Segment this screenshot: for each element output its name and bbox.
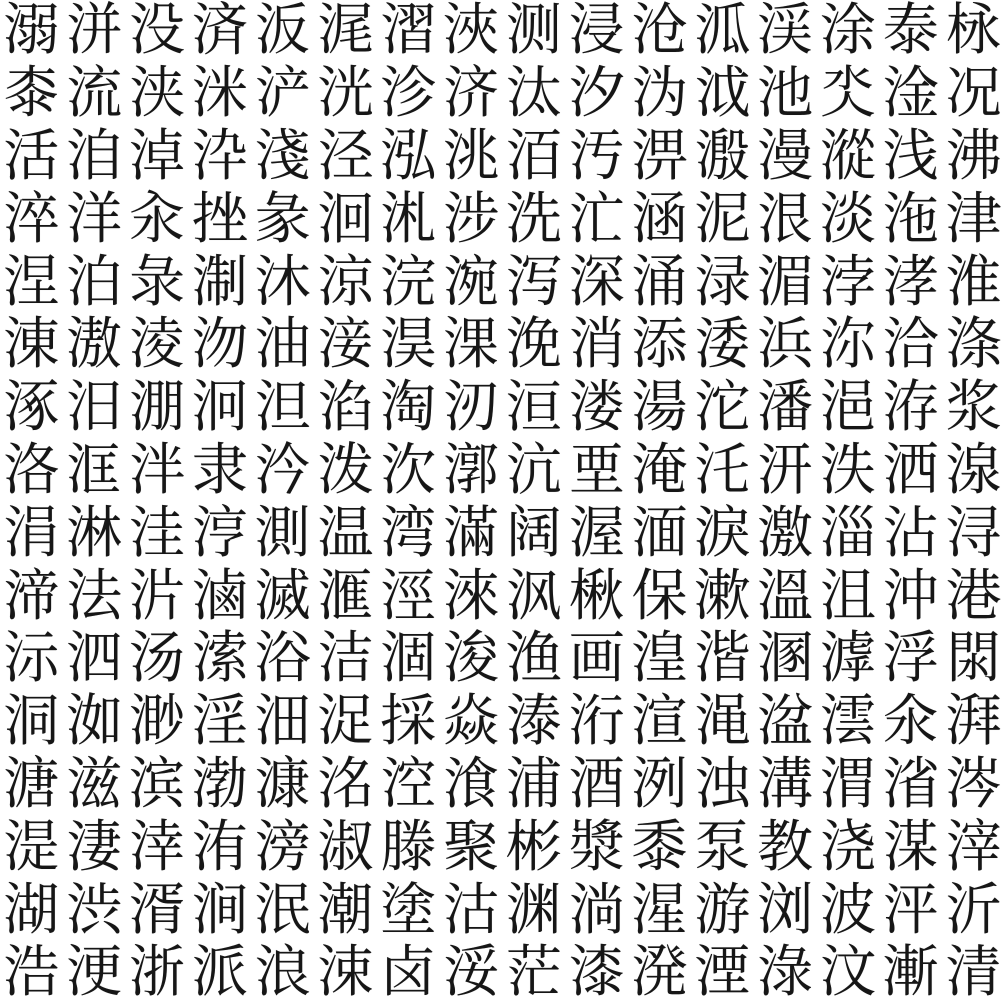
cjk-character-cell: 沆 — [503, 440, 566, 503]
cjk-character-cell: 漿 — [565, 816, 628, 879]
cjk-character-cell: 漫 — [754, 126, 817, 189]
cjk-character-cell: 淖 — [126, 126, 189, 189]
cjk-character-cell: 洭 — [63, 440, 126, 503]
cjk-character-cell: 津 — [942, 188, 1005, 251]
cjk-character-cell: 淌 — [565, 879, 628, 942]
cjk-character-cell: 洁 — [314, 628, 377, 691]
cjk-character-cell: 漆 — [565, 942, 628, 1005]
cjk-character-cell: 浆 — [942, 377, 1005, 440]
cjk-character-cell: 浊 — [691, 754, 754, 817]
cjk-character-cell: 汑 — [691, 440, 754, 503]
cjk-character-cell: 涤 — [942, 314, 1005, 377]
cjk-character-cell: 滅 — [251, 565, 314, 628]
cjk-character-cell: 浹 — [440, 0, 503, 63]
cjk-character-cell: 激 — [754, 502, 817, 565]
cjk-character-cell: 沩 — [628, 63, 691, 126]
cjk-character-cell: 淡 — [817, 188, 880, 251]
cjk-character-cell: 汆 — [126, 188, 189, 251]
cjk-character-cell: 淦 — [879, 63, 942, 126]
cjk-character-cell: 涂 — [817, 0, 880, 63]
cjk-character-cell: 沧 — [628, 0, 691, 63]
cjk-character-cell: 浦 — [503, 754, 566, 817]
cjk-character-cell: 洸 — [314, 63, 377, 126]
cjk-character-cell: 淛 — [188, 251, 251, 314]
cjk-character-cell: 泥 — [691, 188, 754, 251]
cjk-character-cell: 泾 — [314, 126, 377, 189]
cjk-character-cell: 浜 — [754, 314, 817, 377]
cjk-character-cell: 滂 — [251, 816, 314, 879]
cjk-character-cell: 溏 — [0, 754, 63, 817]
cjk-character-cell: 洴 — [63, 0, 126, 63]
cjk-character-cell: 桼 — [0, 63, 63, 126]
cjk-character-cell: 淏 — [377, 314, 440, 377]
cjk-character-cell: 淄 — [817, 502, 880, 565]
cjk-character-cell: 浴 — [251, 628, 314, 691]
cjk-character-cell: 渲 — [628, 691, 691, 754]
cjk-character-cell: 浩 — [0, 942, 63, 1005]
cjk-character-cell: 淥 — [754, 942, 817, 1005]
cjk-character-cell: 漎 — [817, 126, 880, 189]
cjk-character-cell: 済 — [188, 0, 251, 63]
cjk-character-cell: 淠 — [628, 126, 691, 189]
cjk-character-cell: 济 — [440, 63, 503, 126]
cjk-character-cell: 潮 — [314, 879, 377, 942]
cjk-character-cell: 淮 — [942, 251, 1005, 314]
cjk-character-cell: 淒 — [63, 816, 126, 879]
cjk-character-cell: 沨 — [503, 565, 566, 628]
cjk-character-cell: 溇 — [565, 377, 628, 440]
cjk-character-cell: 洮 — [440, 126, 503, 189]
cjk-character-cell: 测 — [503, 0, 566, 63]
cjk-character-cell: 涴 — [440, 251, 503, 314]
cjk-character-cell: 湌 — [440, 754, 503, 817]
cjk-character-cell: 溹 — [188, 628, 251, 691]
cjk-character-cell: 㳃 — [188, 126, 251, 189]
cjk-character-cell: 汨 — [63, 377, 126, 440]
cjk-character-cell: 沖 — [879, 565, 942, 628]
cjk-character-cell: 渋 — [63, 879, 126, 942]
cjk-character-cell: 池 — [754, 63, 817, 126]
cjk-character-cell: 保 — [628, 565, 691, 628]
cjk-character-cell: 活 — [0, 126, 63, 189]
cjk-character-cell: 洣 — [188, 63, 251, 126]
cjk-character-cell: 沶 — [0, 628, 63, 691]
cjk-character-cell: 淘 — [377, 377, 440, 440]
cjk-character-cell: 洹 — [503, 377, 566, 440]
cjk-character-cell: 泰 — [879, 0, 942, 63]
cjk-character-cell: 氽 — [879, 691, 942, 754]
cjk-character-cell: 汳 — [251, 0, 314, 63]
cjk-character-cell: 消 — [565, 314, 628, 377]
cjk-character-cell: 塗 — [377, 879, 440, 942]
cjk-character-cell: 湎 — [628, 502, 691, 565]
cjk-character-cell: 㳐 — [377, 188, 440, 251]
cjk-character-cell: 泗 — [63, 628, 126, 691]
cjk-character-cell: 澐 — [817, 691, 880, 754]
cjk-character-cell: 泓 — [377, 126, 440, 189]
cjk-character-cell: 淫 — [188, 691, 251, 754]
cjk-character-cell: 涅 — [0, 251, 63, 314]
cjk-character-cell: 溌 — [628, 942, 691, 1005]
cjk-character-cell: 潘 — [754, 377, 817, 440]
cjk-character-cell: 溙 — [503, 691, 566, 754]
cjk-character-cell: 浞 — [314, 691, 377, 754]
cjk-character-cell: 涵 — [628, 188, 691, 251]
cjk-character-cell: 洼 — [126, 502, 189, 565]
cjk-character-cell: 茫 — [503, 942, 566, 1005]
cjk-character-cell: 淬 — [0, 188, 63, 251]
cjk-character-cell: 沽 — [440, 879, 503, 942]
cjk-character-cell: 淑 — [314, 816, 377, 879]
character-grid: 溺洴没済汳浘漝浹测浸沧泒渓涂泰栐桼流浃洣浐洸沴济汰汐沩泧池氼淦况活洎淖㳃淺泾泓洮… — [0, 0, 1005, 1005]
cjk-character-cell: 泯 — [251, 879, 314, 942]
cjk-character-cell: 沕 — [188, 314, 251, 377]
cjk-character-cell: 湑 — [126, 879, 189, 942]
cjk-character-cell: 洌 — [628, 754, 691, 817]
cjk-character-cell: 渻 — [879, 754, 942, 817]
cjk-character-cell: 溵 — [691, 126, 754, 189]
cjk-character-cell: 流 — [63, 63, 126, 126]
cjk-character-cell: 汶 — [817, 942, 880, 1005]
cjk-character-cell: 法 — [63, 565, 126, 628]
cjk-character-cell: 黍 — [628, 816, 691, 879]
cjk-character-cell: 洐 — [565, 691, 628, 754]
cjk-character-cell: 洛 — [0, 440, 63, 503]
cjk-character-cell: 滕 — [377, 816, 440, 879]
cjk-character-cell: 洄 — [314, 188, 377, 251]
cjk-character-cell: 渺 — [126, 691, 189, 754]
cjk-character-cell: 漮 — [251, 754, 314, 817]
cjk-character-cell: 焱 — [440, 691, 503, 754]
cjk-character-cell: 洗 — [503, 188, 566, 251]
cjk-character-cell: 漸 — [879, 942, 942, 1005]
cjk-character-cell: 洺 — [314, 754, 377, 817]
cjk-character-cell: 泻 — [503, 251, 566, 314]
cjk-character-cell: 浭 — [63, 942, 126, 1005]
cjk-character-cell: 浙 — [126, 942, 189, 1005]
cjk-character-cell: 游 — [691, 879, 754, 942]
cjk-character-cell: 沾 — [879, 502, 942, 565]
cjk-character-cell: 滶 — [63, 314, 126, 377]
cjk-character-cell: 泧 — [691, 63, 754, 126]
cjk-character-cell: 沸 — [942, 126, 1005, 189]
cjk-character-cell: 採 — [377, 691, 440, 754]
cjk-character-cell: 汤 — [126, 628, 189, 691]
cjk-character-cell: 湈 — [879, 816, 942, 879]
cjk-character-cell: 泵 — [691, 816, 754, 879]
cjk-character-cell: 洳 — [63, 691, 126, 754]
cjk-character-cell: 滨 — [126, 754, 189, 817]
cjk-character-cell: 涓 — [0, 502, 63, 565]
cjk-character-cell: 淩 — [126, 314, 189, 377]
cjk-character-cell: 淁 — [314, 314, 377, 377]
cjk-character-cell: 測 — [251, 502, 314, 565]
cjk-character-cell: 滋 — [63, 754, 126, 817]
cjk-character-cell: 泙 — [879, 879, 942, 942]
cjk-character-cell: 滙 — [314, 565, 377, 628]
cjk-character-cell: 添 — [628, 314, 691, 377]
cjk-character-cell: 湯 — [628, 377, 691, 440]
cjk-character-cell: 没 — [126, 0, 189, 63]
cjk-character-cell: 溺 — [0, 0, 63, 63]
cjk-character-cell: 沐 — [251, 251, 314, 314]
cjk-character-cell: 淶 — [440, 565, 503, 628]
cjk-character-cell: 涼 — [314, 251, 377, 314]
cjk-character-cell: 沱 — [691, 377, 754, 440]
cjk-character-cell: 涉 — [440, 188, 503, 251]
cjk-character-cell: 沂 — [942, 879, 1005, 942]
cjk-character-cell: 浘 — [314, 0, 377, 63]
cjk-character-cell: 湃 — [942, 691, 1005, 754]
cjk-character-cell: 洋 — [63, 188, 126, 251]
cjk-character-cell: 溷 — [754, 628, 817, 691]
cjk-character-cell: 泮 — [126, 440, 189, 503]
cjk-character-cell: 滷 — [188, 565, 251, 628]
cjk-character-cell: 湶 — [942, 440, 1005, 503]
cjk-character-cell: 汚 — [565, 126, 628, 189]
cjk-character-cell: 湖 — [0, 879, 63, 942]
cjk-character-cell: 浚 — [440, 628, 503, 691]
cjk-character-cell: 湄 — [754, 251, 817, 314]
cjk-character-cell: 淜 — [126, 377, 189, 440]
cjk-character-cell: 㳄 — [377, 440, 440, 503]
cjk-character-cell: 沮 — [817, 565, 880, 628]
cjk-character-cell: 滹 — [817, 628, 880, 691]
cjk-character-cell: 淹 — [628, 440, 691, 503]
cjk-character-cell: 涷 — [0, 314, 63, 377]
cjk-character-cell: 涑 — [314, 942, 377, 1005]
cjk-character-cell: 深 — [565, 251, 628, 314]
cjk-character-cell: 渭 — [817, 754, 880, 817]
cjk-character-cell: 派 — [188, 942, 251, 1005]
cjk-character-cell: 湦 — [628, 879, 691, 942]
cjk-character-cell: 渓 — [754, 0, 817, 63]
cjk-character-cell: 泹 — [251, 377, 314, 440]
cjk-character-cell: 溝 — [754, 754, 817, 817]
cjk-character-cell: 卤 — [377, 942, 440, 1005]
cjk-character-cell: 沴 — [377, 63, 440, 126]
cjk-character-cell: 酒 — [565, 754, 628, 817]
cjk-character-cell: 湟 — [628, 628, 691, 691]
cjk-character-cell: 泒 — [691, 0, 754, 63]
cjk-character-cell: 汧 — [754, 440, 817, 503]
cjk-character-cell: 涧 — [188, 879, 251, 942]
cjk-character-cell: 涥 — [188, 502, 251, 565]
cjk-character-cell: 閖 — [942, 628, 1005, 691]
cjk-character-cell: 彖 — [251, 188, 314, 251]
cjk-character-cell: 温 — [314, 502, 377, 565]
cjk-character-cell: 滓 — [942, 816, 1005, 879]
cjk-character-cell: 淉 — [440, 314, 503, 377]
cjk-character-cell: 渧 — [0, 565, 63, 628]
cjk-character-cell: 浃 — [126, 63, 189, 126]
cjk-character-cell: 沵 — [817, 314, 880, 377]
cjk-character-cell: 浅 — [879, 126, 942, 189]
cjk-character-cell: 泊 — [63, 251, 126, 314]
cjk-character-cell: 油 — [251, 314, 314, 377]
cjk-character-cell: 渊 — [503, 879, 566, 942]
cjk-character-cell: 溫 — [754, 565, 817, 628]
cjk-character-cell: 浪 — [251, 942, 314, 1005]
cjk-character-cell: 垔 — [565, 440, 628, 503]
cjk-character-cell: 浸 — [565, 0, 628, 63]
cjk-character-cell: 清 — [942, 942, 1005, 1005]
cjk-character-cell: 渌 — [691, 251, 754, 314]
cjk-character-cell: 楸 — [565, 565, 628, 628]
cjk-character-cell: 聚 — [440, 816, 503, 879]
cjk-character-cell: 浐 — [251, 63, 314, 126]
cjk-character-cell: 湮 — [691, 942, 754, 1005]
cjk-character-cell: 浔 — [942, 502, 1005, 565]
cjk-character-cell: 彔 — [126, 251, 189, 314]
cjk-character-cell: 洒 — [879, 440, 942, 503]
cjk-character-cell: 渥 — [565, 502, 628, 565]
cjk-character-cell: 挫 — [188, 188, 251, 251]
cjk-character-cell: 洊 — [879, 377, 942, 440]
cjk-character-cell: 湜 — [0, 816, 63, 879]
cjk-character-cell: 浼 — [503, 314, 566, 377]
cjk-character-cell: 漝 — [377, 0, 440, 63]
cjk-character-cell: 港 — [942, 565, 1005, 628]
cjk-character-cell: 浥 — [817, 377, 880, 440]
cjk-character-cell: 汒 — [565, 188, 628, 251]
cjk-character-cell: 湝 — [691, 628, 754, 691]
cjk-character-cell: 画 — [565, 628, 628, 691]
cjk-character-cell: 栐 — [942, 0, 1005, 63]
cjk-character-cell: 涸 — [377, 628, 440, 691]
cjk-character-cell: 沲 — [879, 188, 942, 251]
cjk-character-cell: 涌 — [628, 251, 691, 314]
cjk-character-cell: 洧 — [188, 816, 251, 879]
cjk-character-cell: 涬 — [126, 816, 189, 879]
cjk-character-cell: 渑 — [691, 691, 754, 754]
cjk-character-cell: 浇 — [817, 816, 880, 879]
cjk-character-cell: 浮 — [879, 628, 942, 691]
cjk-character-cell: 淺 — [251, 126, 314, 189]
cjk-character-cell: 㲽 — [440, 377, 503, 440]
cjk-character-cell: 泆 — [817, 440, 880, 503]
cjk-character-cell: 漱 — [691, 565, 754, 628]
cjk-character-cell: 隶 — [188, 440, 251, 503]
cjk-character-cell: 泿 — [754, 188, 817, 251]
cjk-character-cell: 滿 — [440, 502, 503, 565]
cjk-character-cell: 沜 — [126, 565, 189, 628]
cjk-character-cell: 淚 — [691, 502, 754, 565]
cjk-character-cell: 教 — [754, 816, 817, 879]
cjk-character-cell: 淊 — [314, 377, 377, 440]
cjk-character-cell: 漷 — [440, 440, 503, 503]
cjk-character-cell: 渔 — [503, 628, 566, 691]
cjk-character-cell: 涇 — [377, 565, 440, 628]
cjk-character-cell: 浣 — [377, 251, 440, 314]
cjk-character-cell: 氼 — [817, 63, 880, 126]
cjk-character-cell: 淋 — [63, 502, 126, 565]
cjk-character-cell: 洞 — [0, 691, 63, 754]
cjk-character-cell: 泼 — [314, 440, 377, 503]
cjk-character-cell: 彬 — [503, 816, 566, 879]
cjk-character-cell: 湓 — [754, 691, 817, 754]
cjk-character-cell: 湾 — [377, 502, 440, 565]
cjk-character-cell: 阔 — [503, 502, 566, 565]
cjk-character-cell: 汰 — [503, 63, 566, 126]
cjk-character-cell: 浡 — [817, 251, 880, 314]
cjk-character-cell: 涿 — [0, 377, 63, 440]
cjk-character-cell: 洎 — [63, 126, 126, 189]
cjk-character-cell: 渤 — [188, 754, 251, 817]
cjk-character-cell: 汐 — [565, 63, 628, 126]
cjk-character-cell: 涳 — [377, 754, 440, 817]
cjk-character-cell: 涹 — [691, 314, 754, 377]
cjk-character-cell: 涔 — [942, 754, 1005, 817]
cjk-character-cell: 沺 — [251, 691, 314, 754]
cjk-character-cell: 涍 — [879, 251, 942, 314]
cjk-character-cell: 泂 — [188, 377, 251, 440]
cjk-character-cell: 浽 — [440, 942, 503, 1005]
cjk-character-cell: 浏 — [754, 879, 817, 942]
cjk-character-cell: 洦 — [503, 126, 566, 189]
cjk-character-cell: 波 — [817, 879, 880, 942]
cjk-character-cell: 汵 — [251, 440, 314, 503]
cjk-character-cell: 洽 — [879, 314, 942, 377]
cjk-character-cell: 况 — [942, 63, 1005, 126]
